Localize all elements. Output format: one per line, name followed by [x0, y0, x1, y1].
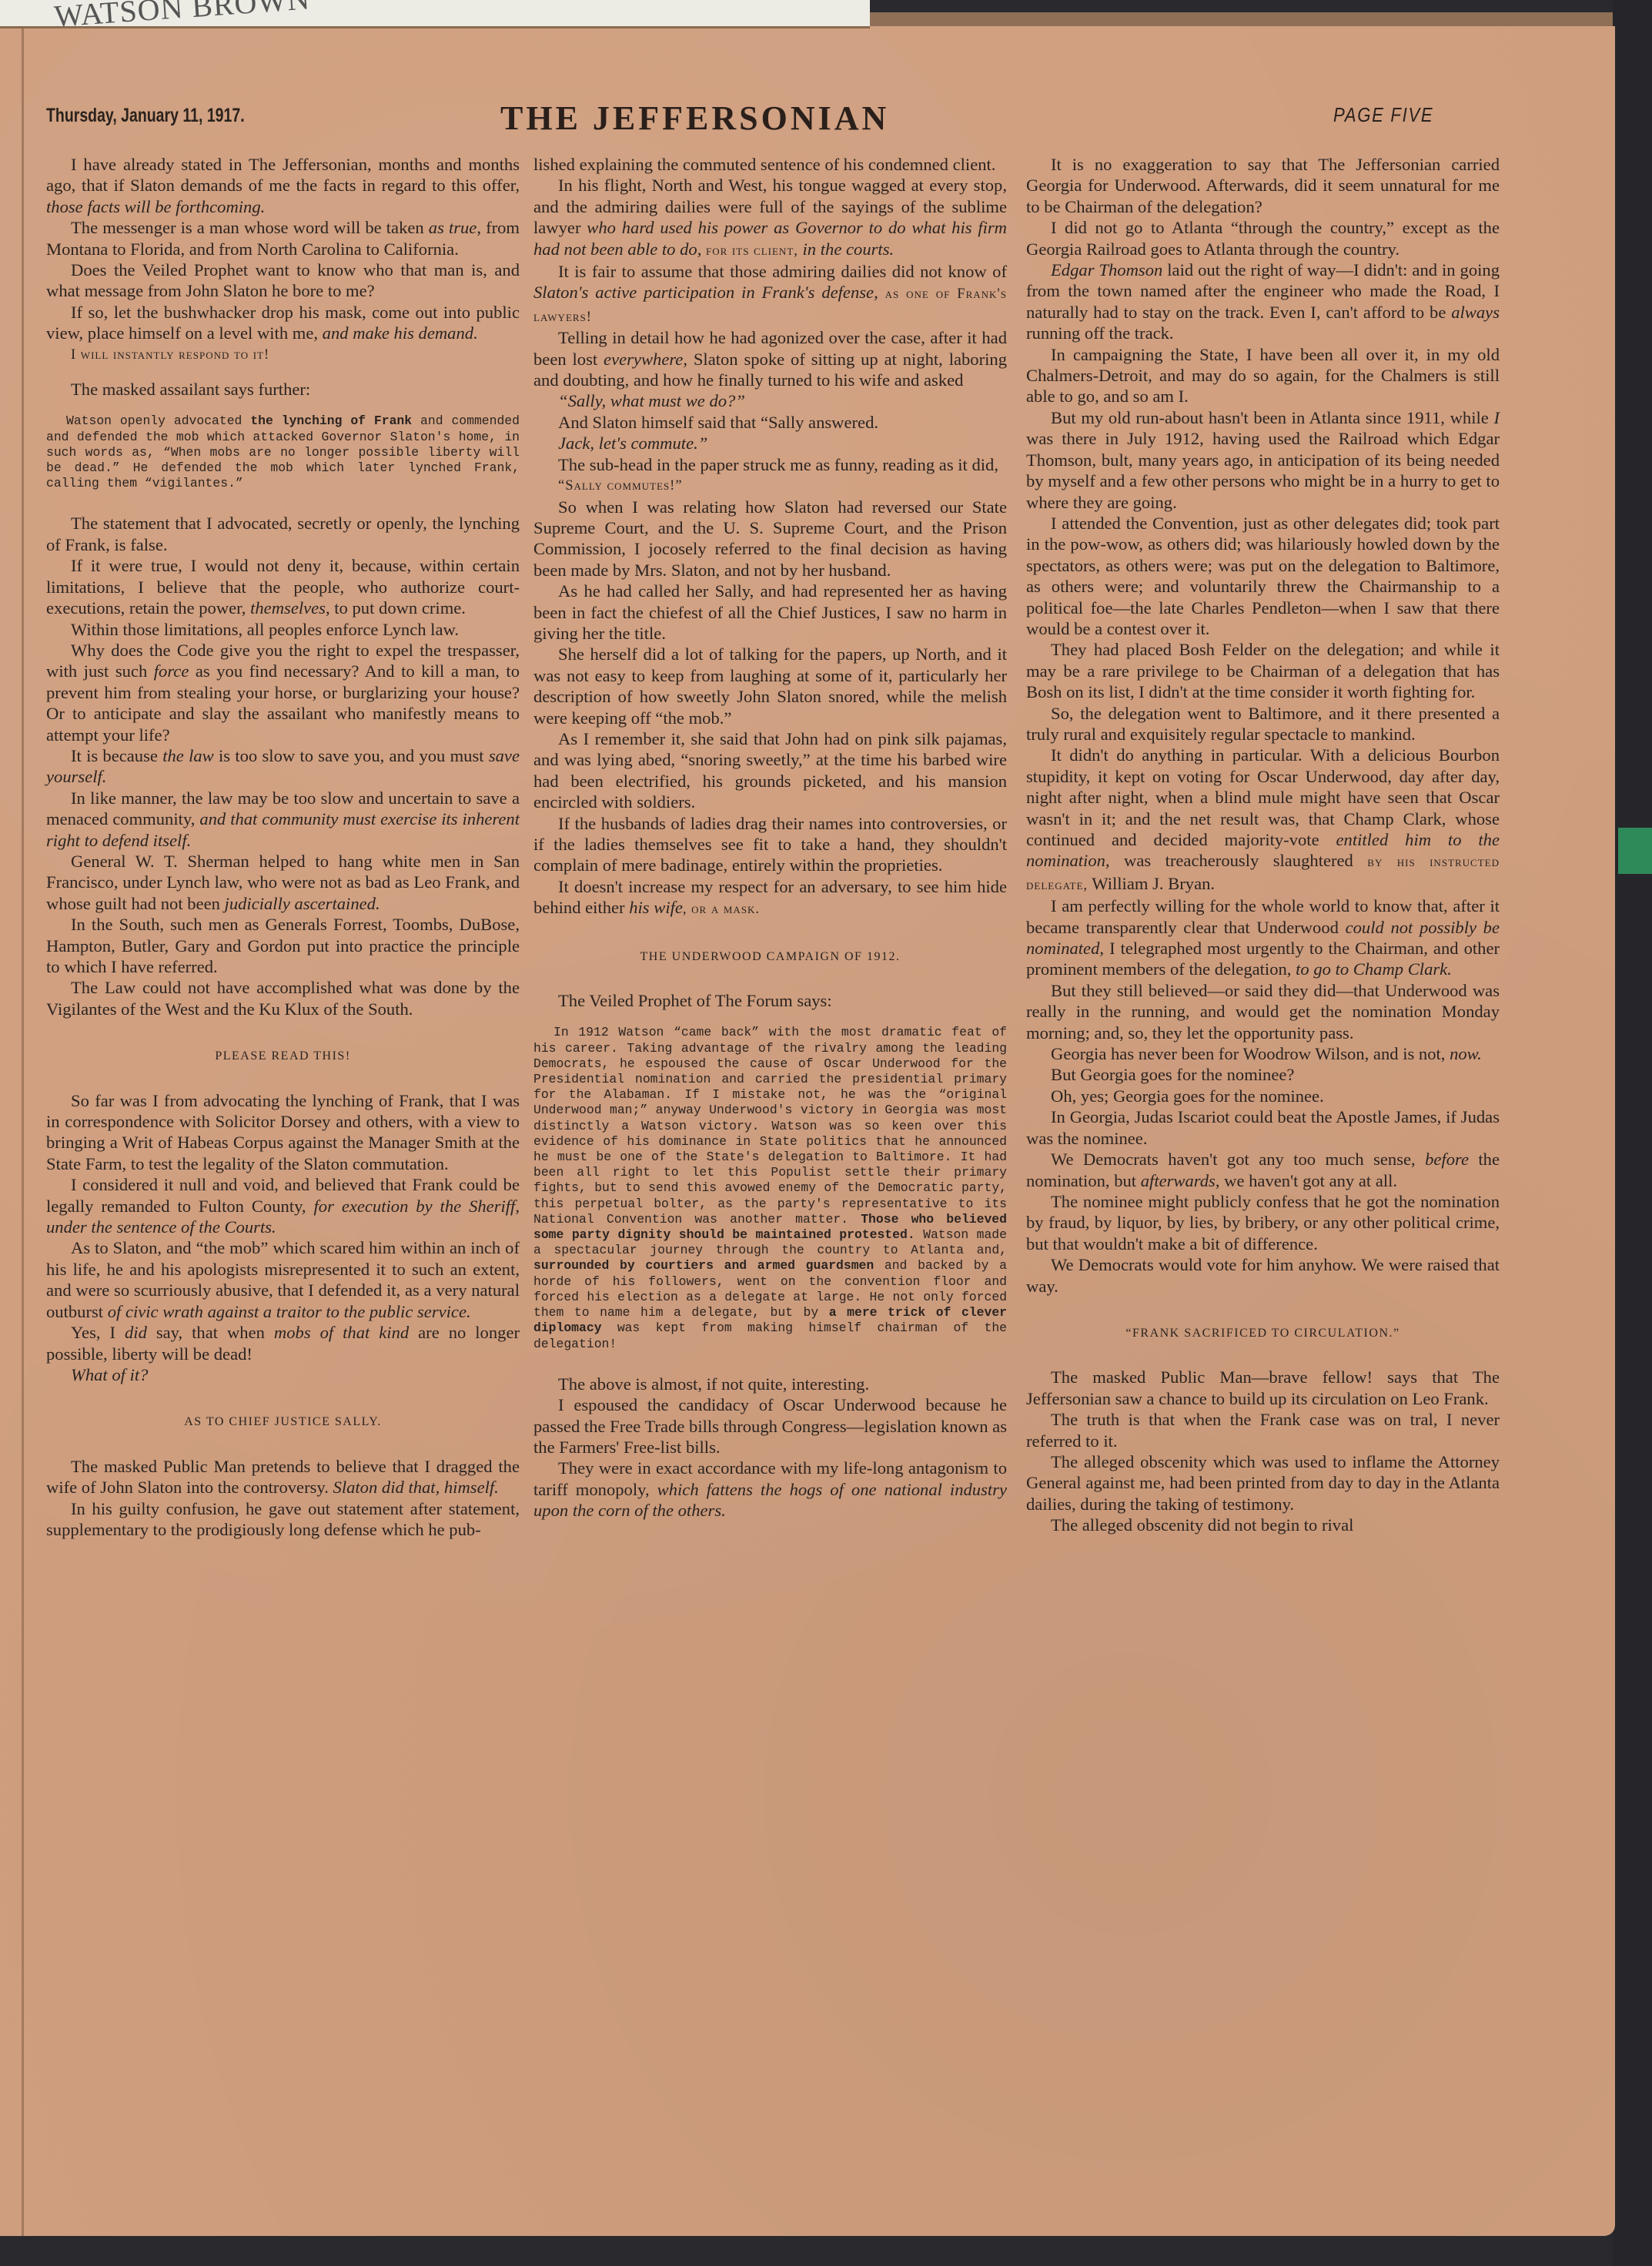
paragraph: Yes, I did say, that when mobs of that k… [46, 1322, 520, 1364]
paragraph: In his guilty confusion, he gave out sta… [46, 1498, 520, 1541]
paragraph: In like manner, the law may be too slow … [46, 788, 520, 851]
section-heading: As to Chief Justice Sally. [46, 1411, 520, 1432]
binding-gutter [22, 26, 24, 2236]
paragraph: It is fair to assume that those admiring… [533, 261, 1007, 327]
paragraph: In his flight, North and West, his tongu… [533, 175, 1007, 261]
paragraph: If so, let the bushwhacker drop his mask… [46, 302, 520, 344]
paragraph: It is no exaggeration to say that The Je… [1026, 154, 1500, 217]
paragraph: Within those limitations, all peoples en… [46, 619, 520, 640]
paragraph: In campaigning the State, I have been al… [1026, 344, 1500, 407]
paragraph: As he had called her Sally, and had repr… [533, 581, 1007, 644]
dark-background-right [1613, 0, 1652, 2266]
paragraph: “Sally commutes!” [533, 475, 1007, 496]
paragraph: I will instantly respond to it! [46, 344, 520, 365]
paragraph: As I remember it, she said that John had… [533, 728, 1007, 813]
paragraph: “Sally, what must we do?” [533, 390, 1007, 411]
block-quote: Watson openly advocated the lynching of … [46, 413, 520, 491]
paragraph: I considered it null and void, and belie… [46, 1174, 520, 1237]
paragraph: I have already stated in The Jeffersonia… [46, 154, 520, 217]
paragraph: The alleged obscenity which was used to … [1026, 1451, 1500, 1515]
paragraph: We Democrats haven't got any too much se… [1026, 1149, 1500, 1191]
paragraph: So when I was relating how Slaton had re… [533, 497, 1007, 581]
paragraph: What of it? [46, 1364, 520, 1385]
label-slip: WATSON BROWN [0, 0, 870, 28]
paragraph: And Slaton himself said that “Sally answ… [533, 412, 1007, 433]
paragraph: The above is almost, if not quite, inter… [533, 1374, 1007, 1394]
paragraph: The masked Public Man—brave fellow! says… [1026, 1367, 1500, 1409]
paragraph: I did not go to Atlanta “through the cou… [1026, 217, 1500, 259]
section-heading: Please read this! [46, 1046, 520, 1066]
paragraph: Does the Veiled Prophet want to know who… [46, 259, 520, 302]
paragraph: But Georgia goes for the nominee? [1026, 1064, 1500, 1085]
paragraph: Jack, let's commute.” [533, 433, 1007, 454]
paragraph: The masked Public Man pretends to believ… [46, 1456, 520, 1498]
paragraph: So, the delegation went to Baltimore, an… [1026, 703, 1500, 745]
paragraph: If it were true, I would not deny it, be… [46, 555, 520, 618]
paragraph: I am perfectly willing for the whole wor… [1026, 895, 1500, 980]
paragraph: I attended the Convention, just as other… [1026, 513, 1500, 639]
paragraph: The nominee might publicly confess that … [1026, 1191, 1500, 1254]
paragraph: The alleged obscenity did not begin to r… [1026, 1515, 1500, 1535]
section-heading: The Underwood Campaign of 1912. [533, 946, 1007, 967]
paragraph: But my old run-about hasn't been in Atla… [1026, 407, 1500, 513]
paragraph: The Veiled Prophet of The Forum says: [533, 990, 1007, 1011]
paragraph: The statement that I advocated, secretly… [46, 513, 520, 555]
paragraph: In Georgia, Judas Iscariot could beat th… [1026, 1106, 1500, 1149]
paragraph: Why does the Code give you the right to … [46, 640, 520, 745]
paragraph: They had placed Bosh Felder on the deleg… [1026, 639, 1500, 702]
issue-date: Thursday, January 11, 1917. [46, 105, 245, 127]
paragraph: The truth is that when the Frank case wa… [1026, 1409, 1500, 1451]
publication-title: THE JEFFERSONIAN [500, 99, 889, 138]
paragraph: I espoused the candidacy of Oscar Underw… [533, 1394, 1007, 1458]
paragraph: So far was I from advocating the lynchin… [46, 1090, 520, 1175]
column-2: lished explaining the commuted sentence … [533, 154, 1007, 1521]
paragraph: They were in exact accordance with my li… [533, 1458, 1007, 1521]
paragraph: It doesn't increase my respect for an ad… [533, 876, 1007, 920]
paragraph: lished explaining the commuted sentence … [533, 154, 1007, 175]
paragraph: If the husbands of ladies drag their nam… [533, 813, 1007, 876]
column-1: I have already stated in The Jeffersonia… [46, 154, 520, 1540]
paragraph: The masked assailant says further: [46, 379, 520, 400]
paragraph: The sub-head in the paper struck me as f… [533, 454, 1007, 475]
paragraph: But they still believed—or said they did… [1026, 980, 1500, 1043]
paragraph: The Law could not have accomplished what… [46, 977, 520, 1019]
paragraph: Oh, yes; Georgia goes for the nominee. [1026, 1086, 1500, 1106]
block-quote: In 1912 Watson “came back” with the most… [533, 1025, 1007, 1351]
paragraph: General W. T. Sherman helped to hang whi… [46, 851, 520, 914]
label-slip-text: WATSON BROWN [53, 0, 312, 28]
paragraph: She herself did a lot of talking for the… [533, 644, 1007, 728]
paragraph: Telling in detail how he had agonized ov… [533, 327, 1007, 390]
green-bookmark-tab [1618, 828, 1652, 874]
paragraph: It is because the law is too slow to sav… [46, 745, 520, 788]
paragraph: In the South, such men as Generals Forre… [46, 914, 520, 977]
column-3: It is no exaggeration to say that The Je… [1026, 154, 1500, 1536]
paragraph: As to Slaton, and “the mob” which scared… [46, 1237, 520, 1322]
paragraph: It didn't do anything in particular. Wit… [1026, 745, 1500, 895]
paragraph: The messenger is a man whose word will b… [46, 217, 520, 259]
section-heading: “Frank sacrificed to circulation.” [1026, 1323, 1500, 1344]
page-number: PAGE FIVE [1333, 103, 1433, 127]
paragraph: Edgar Thomson laid out the right of way—… [1026, 259, 1500, 344]
paragraph: We Democrats would vote for him anyhow. … [1026, 1254, 1500, 1297]
paragraph: Georgia has never been for Woodrow Wilso… [1026, 1043, 1500, 1064]
masthead: Thursday, January 11, 1917. THE JEFFERSO… [46, 99, 1463, 137]
